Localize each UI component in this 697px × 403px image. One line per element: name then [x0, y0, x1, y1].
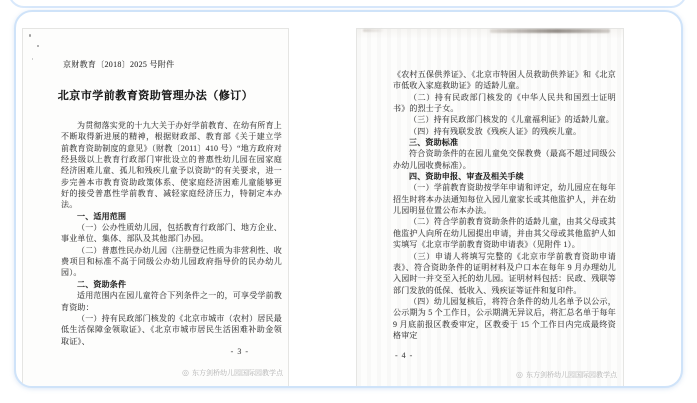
watermark-logo-icon: ◎ — [182, 369, 189, 377]
scan-smudge — [363, 29, 383, 32]
watermark: ◎ 东方剑桥幼儿园国际园教学点 — [516, 370, 617, 380]
previous-card-bottom-edge — [8, 0, 687, 8]
scanned-page-3: 京财教育〔2018〕2025 号附件 北京市学前教育资助管理办法（修订） 为贯彻… — [22, 28, 289, 388]
page-4-text-block: 《农村五保供养证》、《北京市特困人员救助供养证》和《北京市低收入家庭救助证》的适… — [393, 69, 616, 341]
paragraph: （三）持有民政部门核发的《儿童福利证》的适龄儿童。 — [393, 114, 616, 125]
paragraph: （一）公办性质幼儿园，包括教育行政部门、地方企业、事业单位、集体、部队及其他部门… — [61, 222, 282, 245]
paragraph: （三）申请人将填写完整的《北京市学前教育资助申请表》、符合资助条件的证明材料及户… — [393, 251, 616, 296]
scan-speck — [37, 45, 39, 47]
scan-speck — [29, 34, 31, 37]
paragraph: （四）幼儿园复核后，将符合条件的幼儿名单予以公示，公示期为 5 个工作日，公示期… — [393, 296, 616, 341]
paragraph: 适用范围内在园儿童符合下列条件之一的，可享受学前教育资助： — [61, 290, 282, 313]
section-heading: 一、适用范围 — [61, 211, 282, 222]
watermark-text: 东方剑桥幼儿园国际园教学点 — [526, 370, 617, 380]
document-number: 京财教育〔2018〕2025 号附件 — [63, 59, 174, 70]
scanned-page-4: 《农村五保供养证》、《北京市特困人员救助供养证》和《北京市低收入家庭救助证》的适… — [356, 28, 624, 388]
scan-speck — [32, 58, 33, 60]
section-heading: 二、资助条件 — [61, 279, 282, 290]
document-card: 京财教育〔2018〕2025 号附件 北京市学前教育资助管理办法（修订） 为贯彻… — [14, 10, 683, 388]
page-3-text-block: 为贯彻落实党的十九大关于办好学前教育、在幼有所育上不断取得新进展的精神，根据财政… — [61, 120, 282, 347]
page-number: - 4 - — [395, 351, 413, 360]
paragraph: （二）持有民政部门核发的《中华人民共和国烈士证明书》的烈士子女。 — [393, 92, 616, 115]
scan-smudge — [490, 29, 610, 33]
watermark: ◎ 东方剑桥幼儿园国际园教学点 — [182, 368, 283, 378]
paragraph: （一）学前教育资助按学年申请和评定，幼儿园应在每年招生时将本办法通知每位入园儿童… — [393, 182, 616, 216]
paragraph: （二）普惠性民办幼儿园（注册登记性质为非营利性、收费项目和标准不高于同级公办幼儿… — [61, 245, 282, 279]
paragraph: （四）持有残联发放《残疾人证》的残疾儿童。 — [393, 126, 616, 137]
document-title: 北京市学前教育资助管理办法（修订） — [23, 87, 288, 103]
watermark-logo-icon: ◎ — [516, 371, 523, 379]
section-heading: 三、资助标准 — [393, 137, 616, 148]
paragraph: （一）持有民政部门核发的《北京市城市（农村）居民最低生活保障金领取证》、《北京市… — [61, 313, 282, 347]
paragraph: 符合资助条件的在园儿童免交保教费（最高不超过同级公办幼儿园收费标准）。 — [393, 148, 616, 171]
watermark-text: 东方剑桥幼儿园国际园教学点 — [192, 368, 283, 378]
section-heading: 四、资助申报、审查及相关手续 — [393, 171, 616, 182]
paragraph: 为贯彻落实党的十九大关于办好学前教育、在幼有所育上不断取得新进展的精神，根据财政… — [61, 120, 282, 211]
page-number: - 3 - — [231, 347, 249, 356]
paragraph: 《农村五保供养证》、《北京市特困人员救助供养证》和《北京市低收入家庭救助证》的适… — [393, 69, 616, 92]
paragraph: （二）符合学前教育资助条件的适龄儿童，由其父母或其他监护人向所在幼儿园提出申请，… — [393, 216, 616, 250]
